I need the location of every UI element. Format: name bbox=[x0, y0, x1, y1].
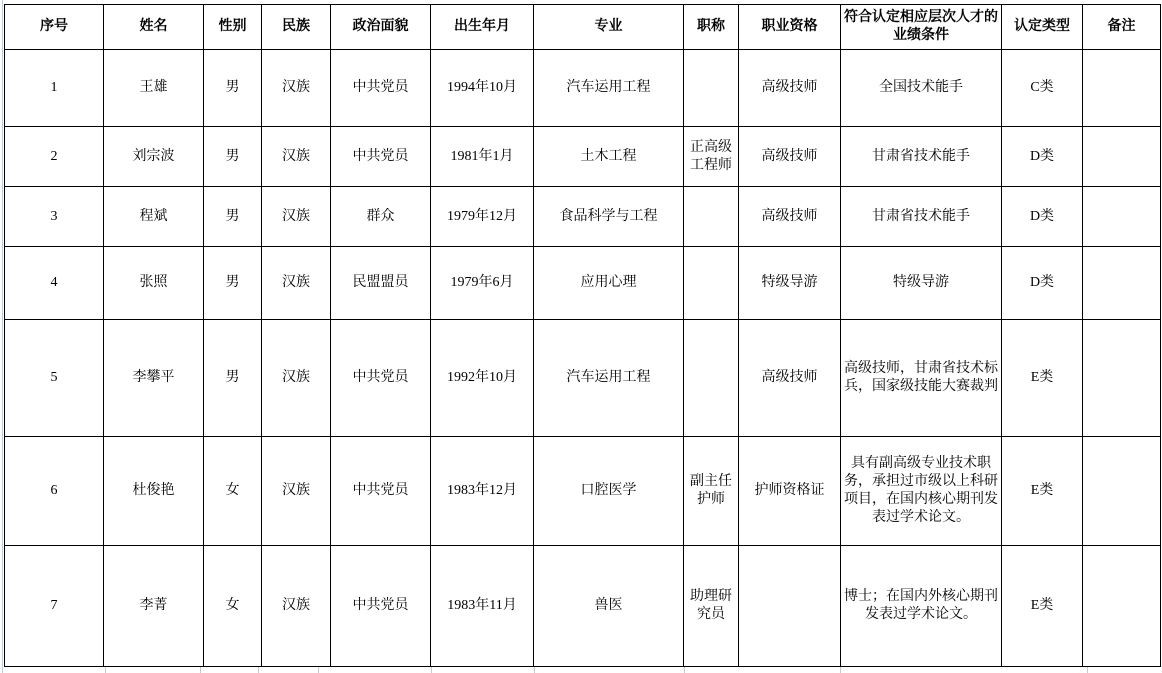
cell: 甘肃省技术能手 bbox=[841, 127, 1002, 187]
cell: 汽车运用工程 bbox=[534, 320, 684, 437]
column-header-title: 职称 bbox=[684, 5, 739, 50]
cell: 1981年1月 bbox=[431, 127, 534, 187]
excel-gridline-stub bbox=[318, 667, 319, 673]
cell: 特级导游 bbox=[739, 247, 841, 320]
cell: 高级技师，甘肃省技术标兵，国家级技能大赛裁判 bbox=[841, 320, 1002, 437]
cell bbox=[1083, 437, 1161, 546]
table-row: 1王雄男汉族中共党员1994年10月汽车运用工程高级技师全国技术能手C类 bbox=[5, 50, 1161, 127]
cell: 中共党员 bbox=[331, 320, 431, 437]
cell: C类 bbox=[1002, 50, 1083, 127]
cell: 女 bbox=[204, 437, 262, 546]
cell: 助理研究员 bbox=[684, 546, 739, 667]
cell: 特级导游 bbox=[841, 247, 1002, 320]
cell bbox=[1083, 320, 1161, 437]
cell: 李菁 bbox=[104, 546, 204, 667]
cell: 刘宗波 bbox=[104, 127, 204, 187]
cell: 1983年12月 bbox=[431, 437, 534, 546]
cell: 1979年12月 bbox=[431, 187, 534, 247]
cell: D类 bbox=[1002, 127, 1083, 187]
cell: 中共党员 bbox=[331, 437, 431, 546]
cell: 兽医 bbox=[534, 546, 684, 667]
column-header-major: 专业 bbox=[534, 5, 684, 50]
cell: D类 bbox=[1002, 187, 1083, 247]
column-header-gender: 性别 bbox=[204, 5, 262, 50]
cell: 4 bbox=[5, 247, 104, 320]
column-header-ethnicity: 民族 bbox=[262, 5, 331, 50]
excel-gridline-stub bbox=[840, 667, 841, 673]
cell: 男 bbox=[204, 187, 262, 247]
table-row: 3程斌男汉族群众1979年12月食品科学与工程高级技师甘肃省技术能手D类 bbox=[5, 187, 1161, 247]
cell bbox=[684, 320, 739, 437]
cell: 民盟盟员 bbox=[331, 247, 431, 320]
cell: 6 bbox=[5, 437, 104, 546]
cell: 食品科学与工程 bbox=[534, 187, 684, 247]
excel-gridline-stub bbox=[431, 667, 432, 673]
cell: 男 bbox=[204, 127, 262, 187]
table-row: 5李攀平男汉族中共党员1992年10月汽车运用工程高级技师高级技师，甘肃省技术标… bbox=[5, 320, 1161, 437]
cell: 高级技师 bbox=[739, 187, 841, 247]
talent-certification-table: 序号 姓名 性别 民族 政治面貌 出生年月 专业 职称 职业资格 符合认定相应层… bbox=[4, 4, 1161, 667]
cell: E类 bbox=[1002, 437, 1083, 546]
cell: 副主任护师 bbox=[684, 437, 739, 546]
cell: 1992年10月 bbox=[431, 320, 534, 437]
column-header-political-status: 政治面貌 bbox=[331, 5, 431, 50]
cell: 汉族 bbox=[262, 320, 331, 437]
cell: 杜俊艳 bbox=[104, 437, 204, 546]
cell: 全国技术能手 bbox=[841, 50, 1002, 127]
excel-gridline-stub bbox=[1087, 667, 1088, 673]
table-row: 4张照男汉族民盟盟员1979年6月应用心理特级导游特级导游D类 bbox=[5, 247, 1161, 320]
cell: 汉族 bbox=[262, 247, 331, 320]
cell: 汽车运用工程 bbox=[534, 50, 684, 127]
cell: 中共党员 bbox=[331, 50, 431, 127]
cell: E类 bbox=[1002, 546, 1083, 667]
cell: 男 bbox=[204, 320, 262, 437]
cell bbox=[739, 546, 841, 667]
cell: 博士；在国内外核心期刊发表过学术论文。 bbox=[841, 546, 1002, 667]
cell: 应用心理 bbox=[534, 247, 684, 320]
cell bbox=[1083, 127, 1161, 187]
cell bbox=[1083, 187, 1161, 247]
cell: 土木工程 bbox=[534, 127, 684, 187]
table-body: 1王雄男汉族中共党员1994年10月汽车运用工程高级技师全国技术能手C类2刘宗波… bbox=[5, 50, 1161, 667]
table-row: 2刘宗波男汉族中共党员1981年1月土木工程正高级工程师高级技师甘肃省技术能手D… bbox=[5, 127, 1161, 187]
cell bbox=[684, 247, 739, 320]
cell bbox=[1083, 50, 1161, 127]
cell: 高级技师 bbox=[739, 50, 841, 127]
cell: 男 bbox=[204, 247, 262, 320]
column-header-birth-date: 出生年月 bbox=[431, 5, 534, 50]
excel-gridline-stub bbox=[684, 667, 685, 673]
cell: 汉族 bbox=[262, 127, 331, 187]
cell: 高级技师 bbox=[739, 320, 841, 437]
spreadsheet-page: 序号 姓名 性别 民族 政治面貌 出生年月 专业 职称 职业资格 符合认定相应层… bbox=[0, 0, 1162, 673]
column-header-name: 姓名 bbox=[104, 5, 204, 50]
cell: D类 bbox=[1002, 247, 1083, 320]
cell: E类 bbox=[1002, 320, 1083, 437]
cell: 群众 bbox=[331, 187, 431, 247]
excel-gridline-left bbox=[2, 0, 3, 673]
cell: 张照 bbox=[104, 247, 204, 320]
cell: 3 bbox=[5, 187, 104, 247]
cell: 5 bbox=[5, 320, 104, 437]
cell: 程斌 bbox=[104, 187, 204, 247]
cell: 甘肃省技术能手 bbox=[841, 187, 1002, 247]
cell: 汉族 bbox=[262, 50, 331, 127]
cell: 正高级工程师 bbox=[684, 127, 739, 187]
excel-gridline-stub bbox=[105, 667, 106, 673]
cell bbox=[1083, 247, 1161, 320]
header-row: 序号 姓名 性别 民族 政治面貌 出生年月 专业 职称 职业资格 符合认定相应层… bbox=[5, 5, 1161, 50]
cell: 7 bbox=[5, 546, 104, 667]
cell: 中共党员 bbox=[331, 546, 431, 667]
cell: 具有副高级专业技术职务，承担过市级以上科研项目，在国内核心期刊发表过学术论文。 bbox=[841, 437, 1002, 546]
cell: 口腔医学 bbox=[534, 437, 684, 546]
excel-gridline-stub bbox=[200, 667, 201, 673]
cell: 中共党员 bbox=[331, 127, 431, 187]
cell: 汉族 bbox=[262, 546, 331, 667]
cell: 男 bbox=[204, 50, 262, 127]
cell: 女 bbox=[204, 546, 262, 667]
cell: 李攀平 bbox=[104, 320, 204, 437]
column-header-type: 认定类型 bbox=[1002, 5, 1083, 50]
cell: 1983年11月 bbox=[431, 546, 534, 667]
cell: 1 bbox=[5, 50, 104, 127]
column-header-qualification: 职业资格 bbox=[739, 5, 841, 50]
table-header: 序号 姓名 性别 民族 政治面貌 出生年月 专业 职称 职业资格 符合认定相应层… bbox=[5, 5, 1161, 50]
cell bbox=[684, 50, 739, 127]
cell: 高级技师 bbox=[739, 127, 841, 187]
cell: 王雄 bbox=[104, 50, 204, 127]
table-row: 6杜俊艳女汉族中共党员1983年12月口腔医学副主任护师护师资格证具有副高级专业… bbox=[5, 437, 1161, 546]
cell: 1994年10月 bbox=[431, 50, 534, 127]
cell: 2 bbox=[5, 127, 104, 187]
cell: 1979年6月 bbox=[431, 247, 534, 320]
cell: 汉族 bbox=[262, 187, 331, 247]
cell bbox=[684, 187, 739, 247]
excel-gridline-stub bbox=[258, 667, 259, 673]
column-header-remarks: 备注 bbox=[1083, 5, 1161, 50]
table-row: 7李菁女汉族中共党员1983年11月兽医助理研究员博士；在国内外核心期刊发表过学… bbox=[5, 546, 1161, 667]
column-header-serial: 序号 bbox=[5, 5, 104, 50]
cell bbox=[1083, 546, 1161, 667]
column-header-conditions: 符合认定相应层次人才的业绩条件 bbox=[841, 5, 1002, 50]
excel-gridline-stub bbox=[534, 667, 535, 673]
cell: 汉族 bbox=[262, 437, 331, 546]
cell: 护师资格证 bbox=[739, 437, 841, 546]
